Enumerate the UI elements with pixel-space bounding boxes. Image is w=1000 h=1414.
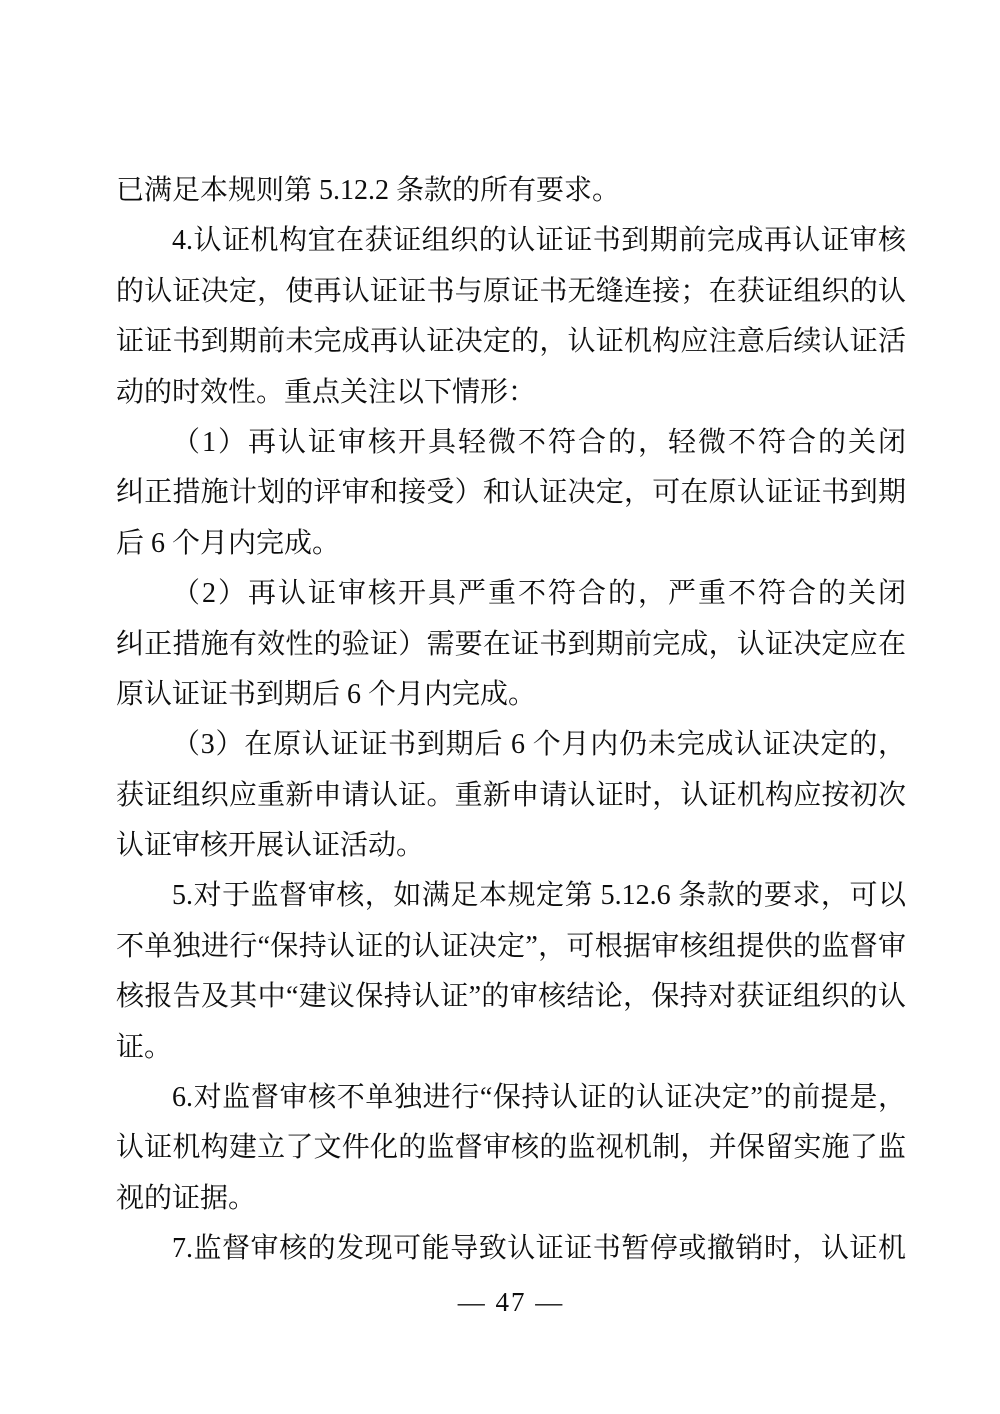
text-line-22: 7.监督审核的发现可能导致认证证书暂停或撤销时，认证机 xyxy=(116,1224,906,1274)
text-line-14: 认证审核开展认证活动。 xyxy=(116,821,906,871)
text-line-17: 核报告及其中“建议保持认证”的审核结论，保持对获证组织的认 xyxy=(116,972,906,1022)
text-line-3: 的认证决定，使再认证证书与原证书无缝连接；在获证组织的认 xyxy=(116,267,906,317)
text-line-21: 视的证据。 xyxy=(116,1174,906,1224)
text-line-20: 认证机构建立了文件化的监督审核的监视机制，并保留实施了监 xyxy=(116,1123,906,1173)
document-page: 已满足本规则第 5.12.2 条款的所有要求。 4.认证机构宜在获证组织的认证证… xyxy=(0,0,1000,1414)
text-line-18: 证。 xyxy=(116,1023,906,1073)
text-line-12: （3）在原认证证书到期后 6 个月内仍未完成认证决定的， xyxy=(116,720,906,770)
text-line-5: 动的时效性。重点关注以下情形： xyxy=(116,368,906,418)
text-line-2: 4.认证机构宜在获证组织的认证证书到期前完成再认证审核 xyxy=(116,216,906,266)
page-footer: — 47 — xyxy=(116,1282,906,1322)
page-number: — 47 — xyxy=(458,1287,565,1317)
text-line-13: 获证组织应重新申请认证。重新申请认证时，认证机构应按初次 xyxy=(116,771,906,821)
text-line-4: 证证书到期前未完成再认证决定的，认证机构应注意后续认证活 xyxy=(116,317,906,367)
text-line-19: 6.对监督审核不单独进行“保持认证的认证决定”的前提是， xyxy=(116,1073,906,1123)
text-line-6: （1）再认证审核开具轻微不符合的，轻微不符合的关闭（对 xyxy=(116,418,906,468)
text-line-7: 纠正措施计划的评审和接受）和认证决定，可在原认证证书到期 xyxy=(116,468,906,518)
text-line-9: （2）再认证审核开具严重不符合的，严重不符合的关闭（对 xyxy=(116,569,906,619)
text-line-10: 纠正措施有效性的验证）需要在证书到期前完成，认证决定应在 xyxy=(116,620,906,670)
text-line-15: 5.对于监督审核，如满足本规定第 5.12.6 条款的要求，可以 xyxy=(116,871,906,921)
document-body: 已满足本规则第 5.12.2 条款的所有要求。 4.认证机构宜在获证组织的认证证… xyxy=(116,166,906,1275)
text-line-8: 后 6 个月内完成。 xyxy=(116,519,906,569)
text-line-1: 已满足本规则第 5.12.2 条款的所有要求。 xyxy=(116,166,906,216)
text-line-11: 原认证证书到期后 6 个月内完成。 xyxy=(116,670,906,720)
text-line-16: 不单独进行“保持认证的认证决定”，可根据审核组提供的监督审 xyxy=(116,922,906,972)
